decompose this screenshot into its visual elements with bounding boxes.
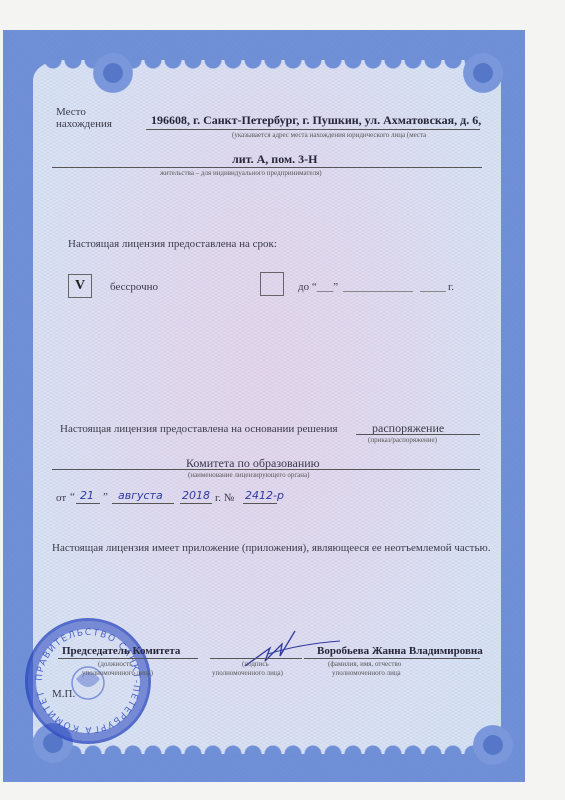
border-scallop-bottom — [43, 744, 485, 754]
until-year-suffix: г. — [448, 281, 454, 293]
day-underline — [76, 503, 100, 504]
decision-month: августа — [118, 489, 163, 502]
address-underline-2 — [52, 167, 482, 168]
until-label: до “___” — [298, 281, 338, 293]
authority-caption: (наименование лицензирующего органа) — [188, 471, 309, 479]
decision-type-underline — [356, 434, 480, 435]
signature-caption-1: (подпись — [242, 660, 269, 668]
until-year-line — [420, 291, 446, 292]
until-checkbox — [260, 272, 284, 296]
appendix-text: Настоящая лицензия имеет приложение (при… — [52, 542, 490, 554]
decision-year: 2018 — [182, 489, 210, 502]
number-prefix: г. № — [215, 492, 234, 504]
name-underline — [304, 658, 480, 659]
signature-caption-2: уполномоченного лица) — [212, 669, 283, 677]
until-month-line — [343, 291, 413, 292]
decision-number: 2412-р — [245, 489, 284, 502]
address-line-2: лит. А, пом. 3-Н — [232, 152, 318, 167]
month-underline — [112, 503, 174, 504]
signer-position: Председатель Комитета — [62, 645, 180, 657]
address-underline-1 — [146, 129, 480, 130]
position-caption-2: уполномоченного лица) — [82, 669, 153, 677]
number-underline — [243, 503, 277, 504]
decision-day: 21 — [80, 489, 94, 502]
date-prefix: от — [56, 492, 66, 504]
indefinite-checkbox: V — [68, 274, 92, 298]
name-caption-1: (фамилия, имя, отчество — [328, 660, 401, 668]
authority-underline — [52, 469, 480, 470]
basis-text: Настоящая лицензия предоставлена на осно… — [60, 423, 338, 435]
corner-rosette-top-right — [460, 50, 506, 96]
year-underline — [180, 503, 212, 504]
signer-name: Воробьева Жанна Владимировна — [317, 645, 483, 657]
decision-type-caption: (приказ/распоряжение) — [368, 436, 437, 444]
seal-label: М.П. — [52, 688, 75, 700]
term-heading: Настоящая лицензия предоставлена на срок… — [68, 238, 277, 250]
position-caption-1: (должность — [98, 660, 132, 668]
signature-underline — [210, 658, 302, 659]
name-caption-2: уполномоченного лица — [332, 669, 401, 677]
address-caption-2: жительства – для индивидуального предпри… — [160, 169, 322, 177]
location-label: Место нахождения — [56, 106, 112, 130]
location-label-line2: нахождения — [56, 118, 112, 130]
address-caption-1: (указывается адрес места нахождения юрид… — [232, 131, 426, 139]
corner-rosette-top-left — [90, 50, 136, 96]
corner-rosette-bottom-right — [470, 722, 516, 768]
position-underline — [58, 658, 198, 659]
official-stamp: ПРАВИТЕЛЬСТВО САНКТ-ПЕТЕРБУРГА КОМИТЕТ П… — [25, 618, 151, 744]
indefinite-label: бессрочно — [110, 281, 158, 293]
stamp-emblem-icon: ПРАВИТЕЛЬСТВО САНКТ-ПЕТЕРБУРГА КОМИТЕТ П… — [28, 621, 148, 741]
address-line-1: 196608, г. Санкт-Петербург, г. Пушкин, у… — [151, 113, 481, 128]
location-label-line1: Место — [56, 106, 112, 118]
